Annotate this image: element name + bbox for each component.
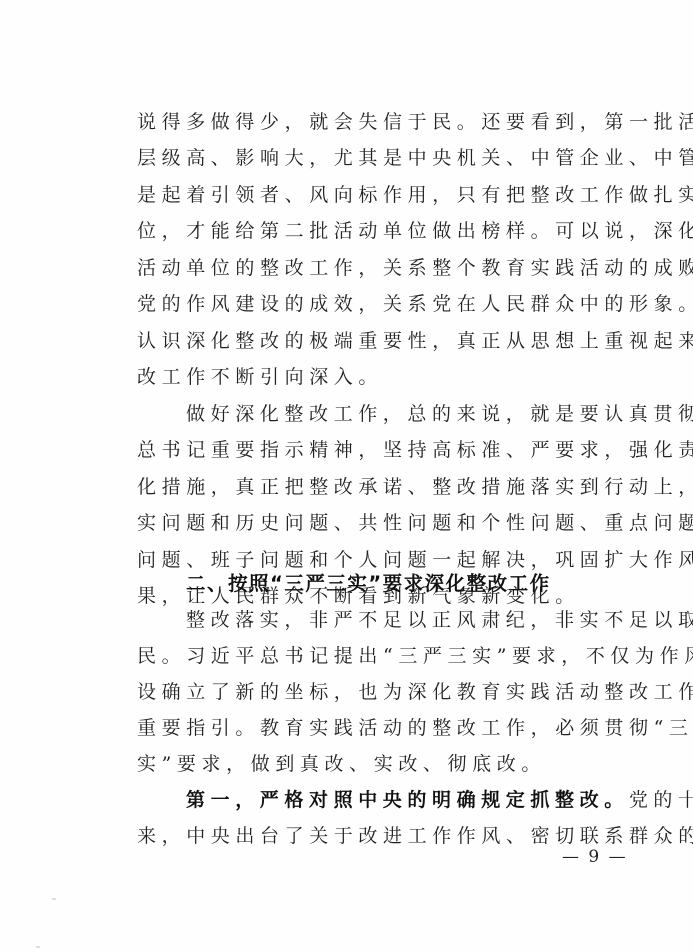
paragraph-line: 层级高、影响大，尤其是中央机关、中管企业、中管高校更 bbox=[137, 145, 637, 171]
section-heading: 二、按照“三严三实”要求深化整改工作 bbox=[186, 571, 686, 597]
paragraph-line: 活动单位的整改工作，关系整个教育实践活动的成败，关系 bbox=[137, 255, 637, 281]
paragraph-line: 实”要求，做到真改、实改、彻底改。 bbox=[137, 751, 637, 777]
paragraph-line: 总书记重要指示精神，坚持高标准、严要求，强化责任、细 bbox=[137, 437, 637, 463]
paragraph-line: 化措施，真正把整改承诺、整改措施落实到行动上，推动现 bbox=[137, 474, 637, 500]
paragraph-line: 民。习近平总书记提出“三严三实”要求，不仅为作风建 bbox=[137, 643, 637, 669]
scan-artifact bbox=[52, 898, 56, 900]
point-one-rest: 党的十八大以 bbox=[629, 789, 693, 811]
paragraph-line: 重要指引。教育实践活动的整改工作，必须贯彻“三严三 bbox=[137, 715, 637, 741]
paragraph-line: 设确立了新的坐标，也为深化教育实践活动整改工作提供了 bbox=[137, 679, 637, 705]
paragraph-line: 说得多做得少，就会失信于民。还要看到，第一批活动单位 bbox=[137, 109, 637, 135]
point-one-lead: 第一，严格对照中央的明确规定抓整改。 bbox=[186, 789, 629, 811]
point-one-line: 第一，严格对照中央的明确规定抓整改。党的十八大以 bbox=[186, 787, 686, 813]
paragraph-line: 认识深化整改的极端重要性，真正从思想上重视起来，把整 bbox=[137, 328, 637, 354]
paragraph-line: 问题、班子问题和个人问题一起解决，巩固扩大作风建设成 bbox=[137, 547, 637, 573]
paragraph-line: 实问题和历史问题、共性问题和个性问题、重点问题和面上 bbox=[137, 510, 637, 536]
document-page: 说得多做得少，就会失信于民。还要看到，第一批活动单位 层级高、影响大，尤其是中央… bbox=[0, 0, 693, 952]
page-number: — 9 — bbox=[562, 846, 628, 868]
paragraph-line: 党的作风建设的成效，关系党在人民群众中的形象。要充分 bbox=[137, 291, 637, 317]
paragraph-line: 是起着引领者、风向标作用，只有把整改工作做扎实、做到 bbox=[137, 182, 637, 208]
paragraph-line: 做好深化整改工作，总的来说，就是要认真贯彻习近平 bbox=[186, 401, 686, 427]
paragraph-line: 改工作不断引向深入。 bbox=[137, 364, 637, 390]
paragraph-line: 位，才能给第二批活动单位做出榜样。可以说，深化第一批 bbox=[137, 218, 637, 244]
scan-artifact bbox=[36, 946, 40, 948]
paragraph-line: 整改落实，非严不足以正风肃纪，非实不足以取信于 bbox=[186, 607, 686, 633]
